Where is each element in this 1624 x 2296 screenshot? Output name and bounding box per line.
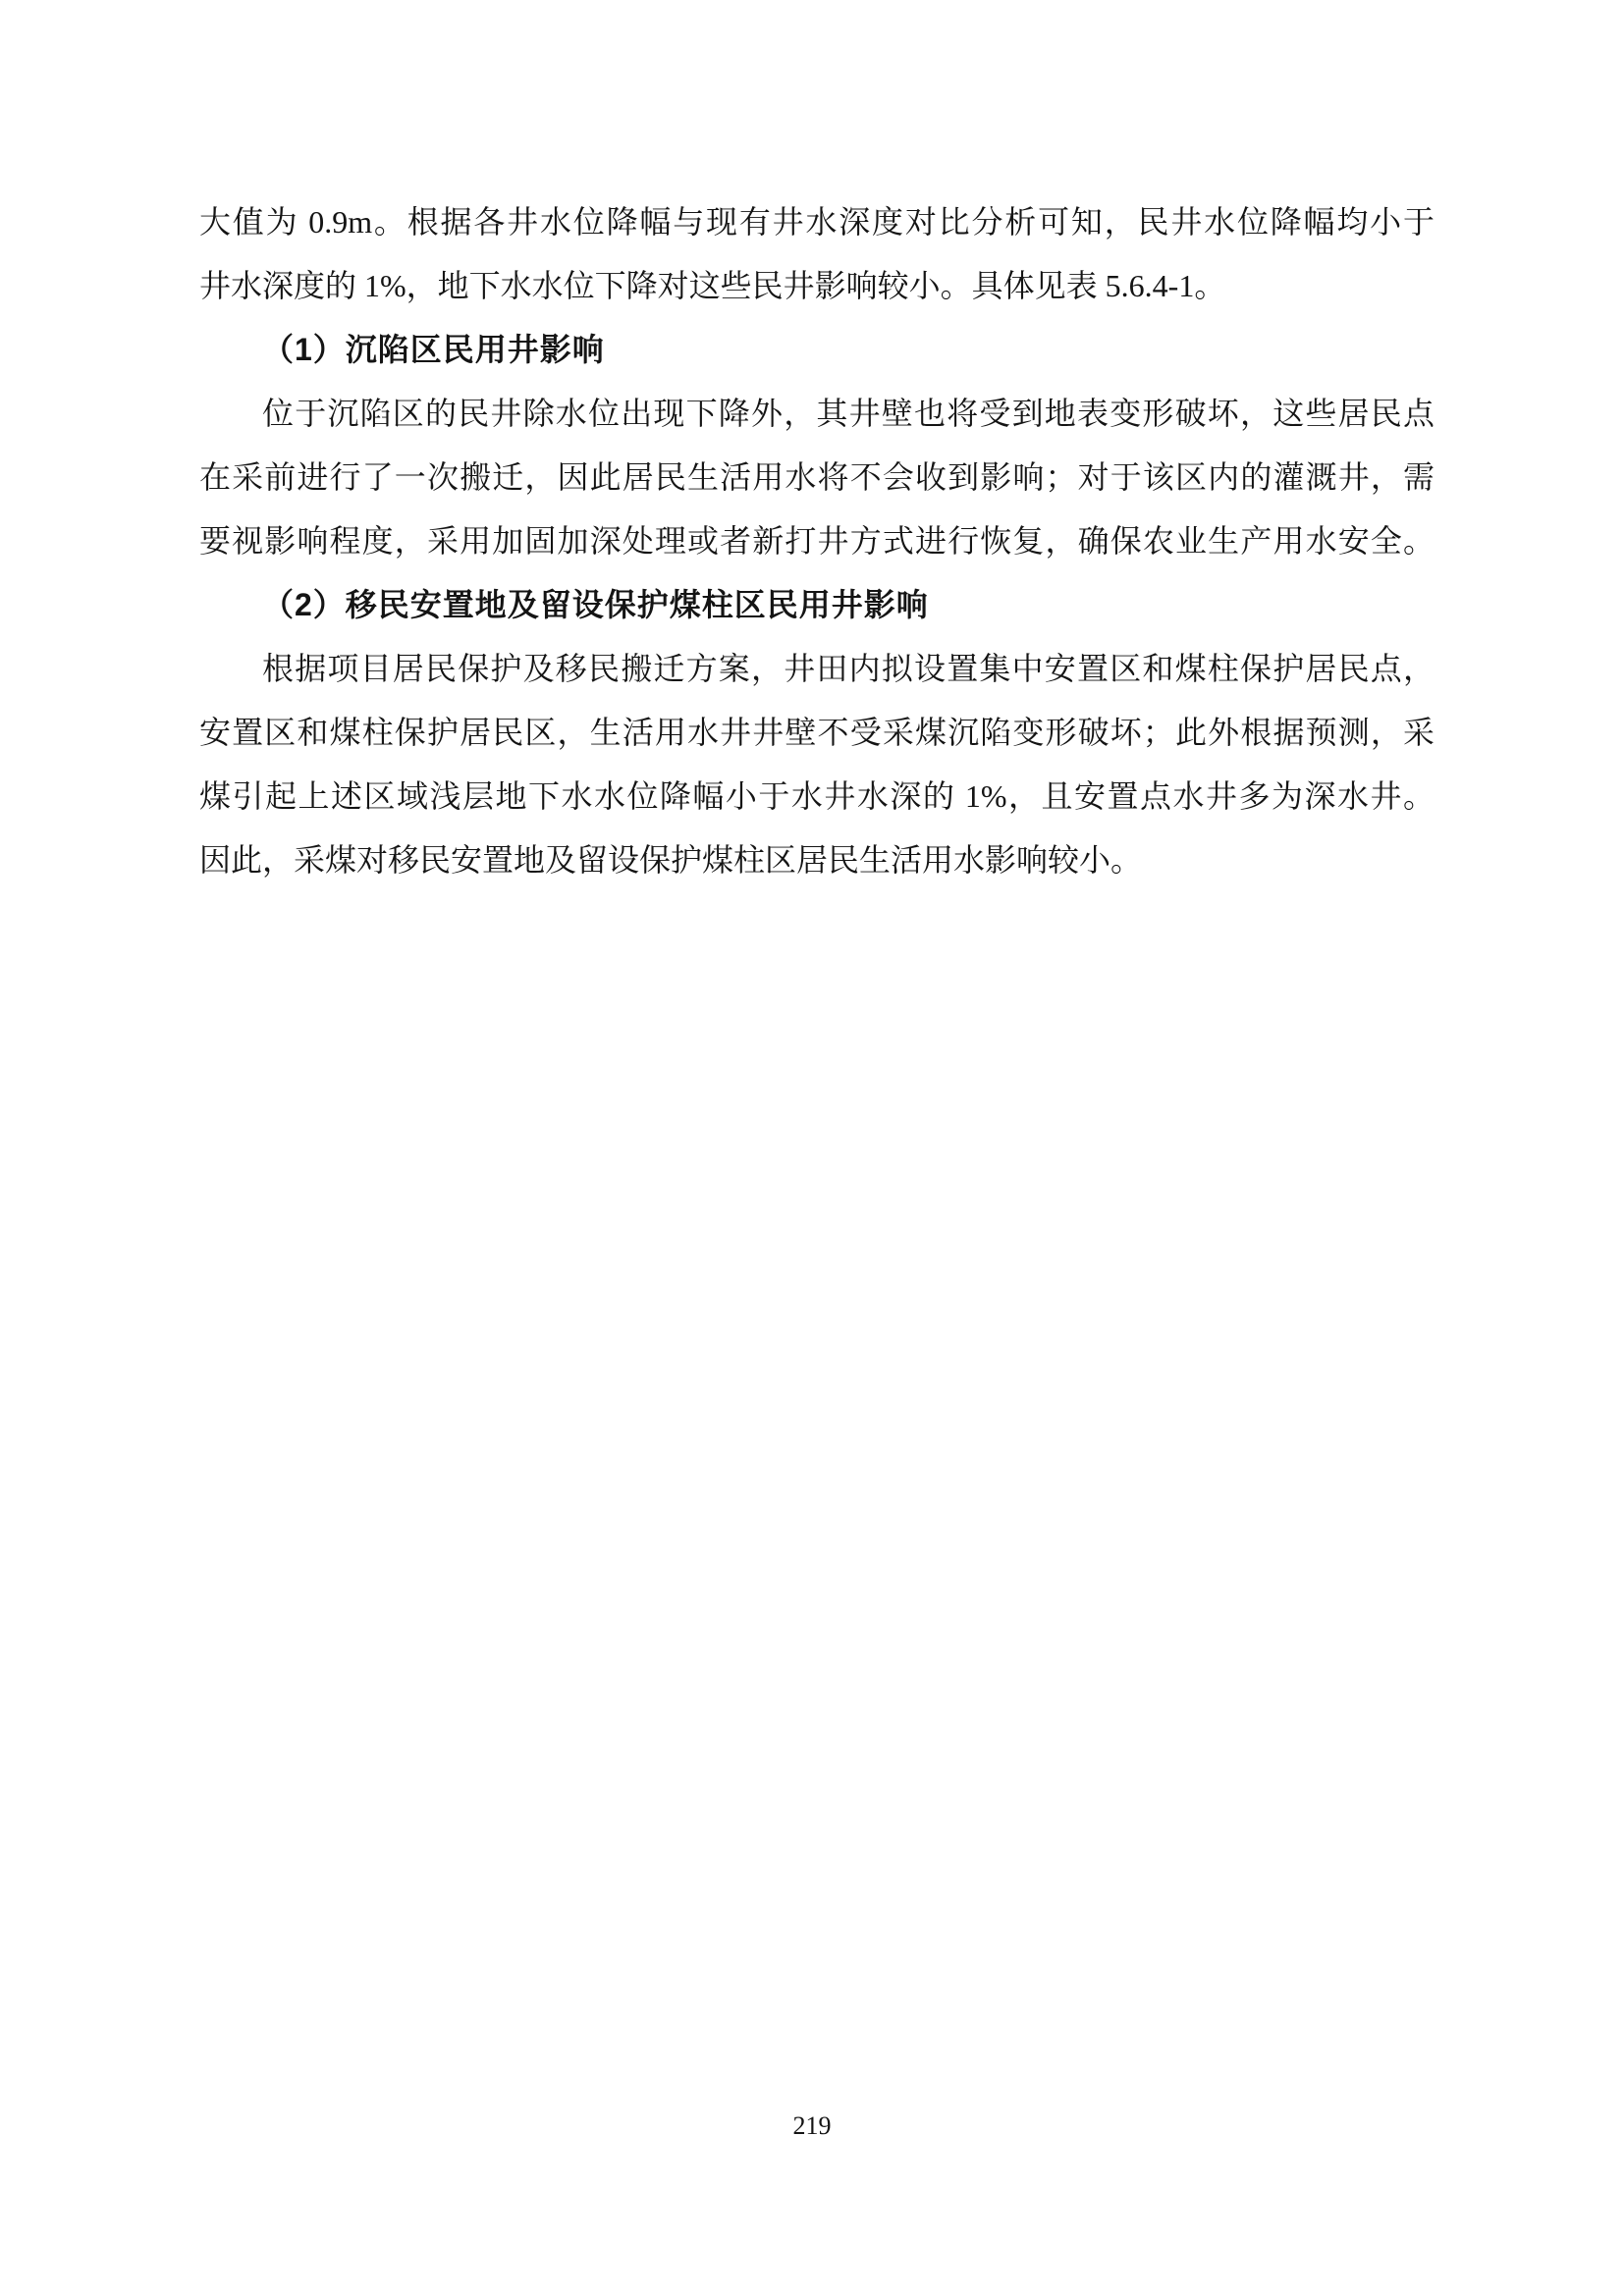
text-line: 在采前进行了一次搬迁，因此居民生活用水将不会收到影响；对于该区内的灌溉井，需 <box>199 446 1435 509</box>
document-body: 大值为 0.9m。根据各井水位降幅与现有井水深度对比分析可知，民井水位降幅均小于… <box>199 190 1435 892</box>
text-line: 因此，采煤对移民安置地及留设保护煤柱区居民生活用水影响较小。 <box>199 828 1435 892</box>
page-number: 219 <box>0 2110 1624 2142</box>
text-line: 煤引起上述区域浅层地下水水位降幅小于水井水深的 1%，且安置点水井多为深水井。 <box>199 765 1435 828</box>
text-line: 井水深度的 1%，地下水水位下降对这些民井影响较小。具体见表 5.6.4-1。 <box>199 254 1435 318</box>
text-line: 位于沉陷区的民井除水位出现下降外，其井壁也将受到地表变形破坏，这些居民点 <box>199 382 1435 446</box>
section-heading-2: （2）移民安置地及留设保护煤柱区民用井影响 <box>199 573 1435 637</box>
text-line: 安置区和煤柱保护居民区，生活用水井井壁不受采煤沉陷变形破坏；此外根据预测，采 <box>199 701 1435 765</box>
text-line: 要视影响程度，采用加固加深处理或者新打井方式进行恢复，确保农业生产用水安全。 <box>199 509 1435 573</box>
paragraph: 根据项目居民保护及移民搬迁方案，井田内拟设置集中安置区和煤柱保护居民点， 安置区… <box>199 637 1435 892</box>
paragraph: 大值为 0.9m。根据各井水位降幅与现有井水深度对比分析可知，民井水位降幅均小于… <box>199 190 1435 318</box>
paragraph: 位于沉陷区的民井除水位出现下降外，其井壁也将受到地表变形破坏，这些居民点 在采前… <box>199 382 1435 573</box>
document-page: 大值为 0.9m。根据各井水位降幅与现有井水深度对比分析可知，民井水位降幅均小于… <box>0 0 1624 2296</box>
text-line: 大值为 0.9m。根据各井水位降幅与现有井水深度对比分析可知，民井水位降幅均小于 <box>199 190 1435 254</box>
text-line: 根据项目居民保护及移民搬迁方案，井田内拟设置集中安置区和煤柱保护居民点， <box>199 637 1435 701</box>
section-heading-1: （1）沉陷区民用井影响 <box>199 318 1435 382</box>
